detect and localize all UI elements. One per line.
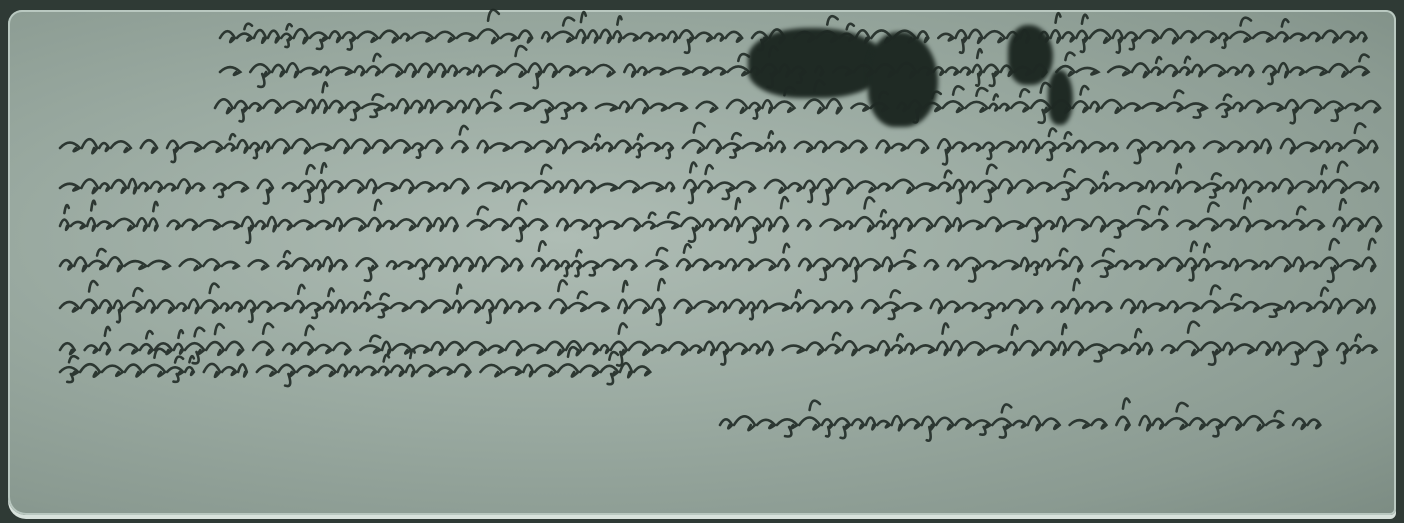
text-line: [60, 162, 1378, 205]
text-line: [215, 81, 1380, 124]
text-line: [60, 279, 1375, 325]
text-line: [60, 239, 1375, 282]
text-line: [220, 46, 1369, 88]
text-line: [60, 322, 1376, 366]
text-line: [60, 197, 1381, 243]
text-line: [220, 10, 1366, 53]
text-line: [60, 123, 1377, 165]
text-line: [720, 398, 1320, 440]
handwritten-text: [0, 0, 1404, 523]
